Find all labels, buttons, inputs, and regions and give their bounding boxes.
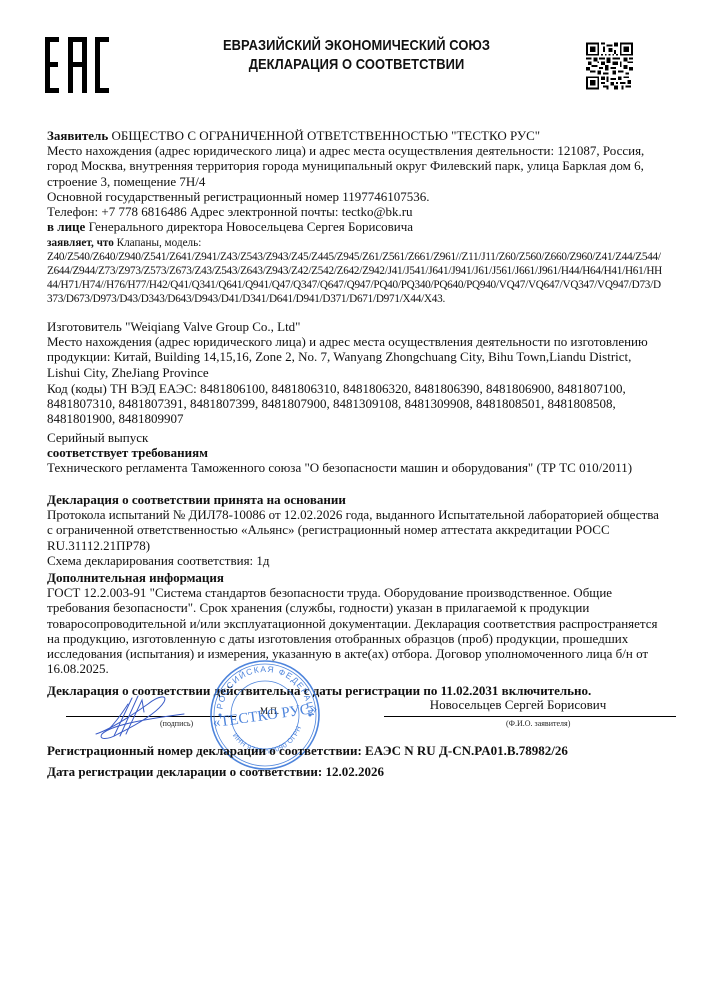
applicant-contacts: Телефон: +7 778 6816486 Адрес электронно…	[47, 204, 667, 219]
additional-info-label: Дополнительная информация	[47, 570, 667, 585]
hs-codes-line: 8481807310, 8481807391, 8481807399, 8481…	[47, 396, 667, 411]
additional-info-line: требования безопасности". Срок хранения …	[47, 600, 667, 615]
manufacturer-address-line: Место нахождения (адрес юридического лиц…	[47, 334, 667, 349]
basis-section: Декларация о соответствии принята на осн…	[47, 492, 667, 568]
hs-codes-line: Код (коды) ТН ВЭД ЕАЭС: 8481806100, 8481…	[47, 381, 667, 396]
applicant-address-line: строение 3, помещение 7Н/4	[47, 174, 667, 189]
registration-section: Регистрационный номер декларации о соотв…	[47, 743, 667, 779]
signer-caption: (Ф.И.О. заявителя)	[506, 719, 570, 728]
applicant-label: Заявитель	[47, 128, 108, 143]
additional-info-line: ГОСТ 12.2.003-91 "Система стандартов без…	[47, 585, 667, 600]
manufacturer-section: Изготовитель "Weiqiang Valve Group Co., …	[47, 319, 667, 380]
representative-label: в лице	[47, 219, 85, 234]
manufacturer-address-line: Lishui City, ZheJiang Province	[47, 365, 667, 380]
additional-info-line: товаросопроводительной и/или эксплуатаци…	[47, 616, 667, 631]
manufacturer-address-line: продукции: Китай, Building 14,15,16, Zon…	[47, 349, 667, 364]
document-header: ЕВРАЗИЙСКИЙ ЭКОНОМИЧЕСКИЙ СОЮЗ ДЕКЛАРАЦИ…	[179, 36, 534, 74]
registration-date: Дата регистрации декларации о соответств…	[47, 764, 667, 779]
manufacturer-name: Изготовитель "Weiqiang Valve Group Co., …	[47, 319, 667, 334]
declaration-scheme: Схема декларирования соответствия: 1д	[47, 553, 667, 568]
declaration-document: ЕВРАЗИЙСКИЙ ЭКОНОМИЧЕСКИЙ СОЮЗ ДЕКЛАРАЦИ…	[0, 0, 707, 1000]
additional-info-line: исследования (испытания) и измерения, ук…	[47, 646, 667, 661]
product-models: Z40/Z540/Z640/Z940/Z541/Z641/Z941/Z43/Z5…	[47, 251, 665, 306]
hs-codes-section: Код (коды) ТН ВЭД ЕАЭС: 8481806100, 8481…	[47, 381, 667, 427]
registration-number: Регистрационный номер декларации о соотв…	[47, 743, 667, 758]
signature-caption: (подпись)	[160, 719, 193, 728]
applicant-address-line: город Москва, внутренняя территория горо…	[47, 158, 667, 173]
basis-line: с ограниченной ответственностью «Альянс»…	[47, 522, 667, 537]
conformity-regulation: Технического регламента Таможенного союз…	[47, 460, 667, 475]
additional-info-line: на продукцию, изготовленную с даты изгот…	[47, 631, 667, 646]
representative-name: Генерального директора Новосельцева Серг…	[85, 219, 413, 234]
applicant-address-line: Место нахождения (адрес юридического лиц…	[47, 143, 667, 158]
validity-statement: Декларация о соответствии действительна …	[47, 683, 667, 698]
applicant-ogrn: Основной государственный регистрационный…	[47, 189, 667, 204]
hs-codes-line: 8481801900, 8481809907	[47, 411, 667, 426]
eac-logo-icon	[45, 37, 109, 93]
additional-info-section: Дополнительная информация ГОСТ 12.2.003-…	[47, 570, 667, 676]
applicant-name: ОБЩЕСТВО С ОГРАНИЧЕННОЙ ОТВЕТСТВЕННОСТЬЮ…	[108, 128, 540, 143]
basis-label: Декларация о соответствии принята на осн…	[47, 492, 667, 507]
header-declaration-title: ДЕКЛАРАЦИЯ О СООТВЕТСТВИИ	[179, 55, 534, 74]
additional-info-line: 16.08.2025.	[47, 661, 667, 676]
basis-line: Протокола испытаний № ДИЛ78-10086 от 12.…	[47, 507, 667, 522]
signature-line	[66, 716, 236, 717]
conformity-label: соответствует требованиям	[47, 445, 667, 460]
qr-code-icon[interactable]	[586, 40, 633, 92]
signer-name-line	[384, 716, 676, 717]
release-type: Серийный выпуск	[47, 430, 667, 445]
signer-name: Новосельцев Сергей Борисович	[408, 697, 628, 713]
conformity-section: Серийный выпуск соответствует требования…	[47, 430, 667, 476]
applicant-section: Заявитель ОБЩЕСТВО С ОГРАНИЧЕННОЙ ОТВЕТС…	[47, 128, 667, 234]
basis-line: RU.31112.21ПР78)	[47, 538, 667, 553]
header-union-title: ЕВРАЗИЙСКИЙ ЭКОНОМИЧЕСКИЙ СОЮЗ	[179, 36, 534, 55]
declares-label: заявляет, что	[47, 237, 114, 249]
stamp-place-label: М.П.	[260, 706, 279, 716]
product-name: Клапаны, модель:	[114, 237, 202, 249]
product-section: заявляет, что Клапаны, модель: Z40/Z540/…	[47, 236, 667, 306]
